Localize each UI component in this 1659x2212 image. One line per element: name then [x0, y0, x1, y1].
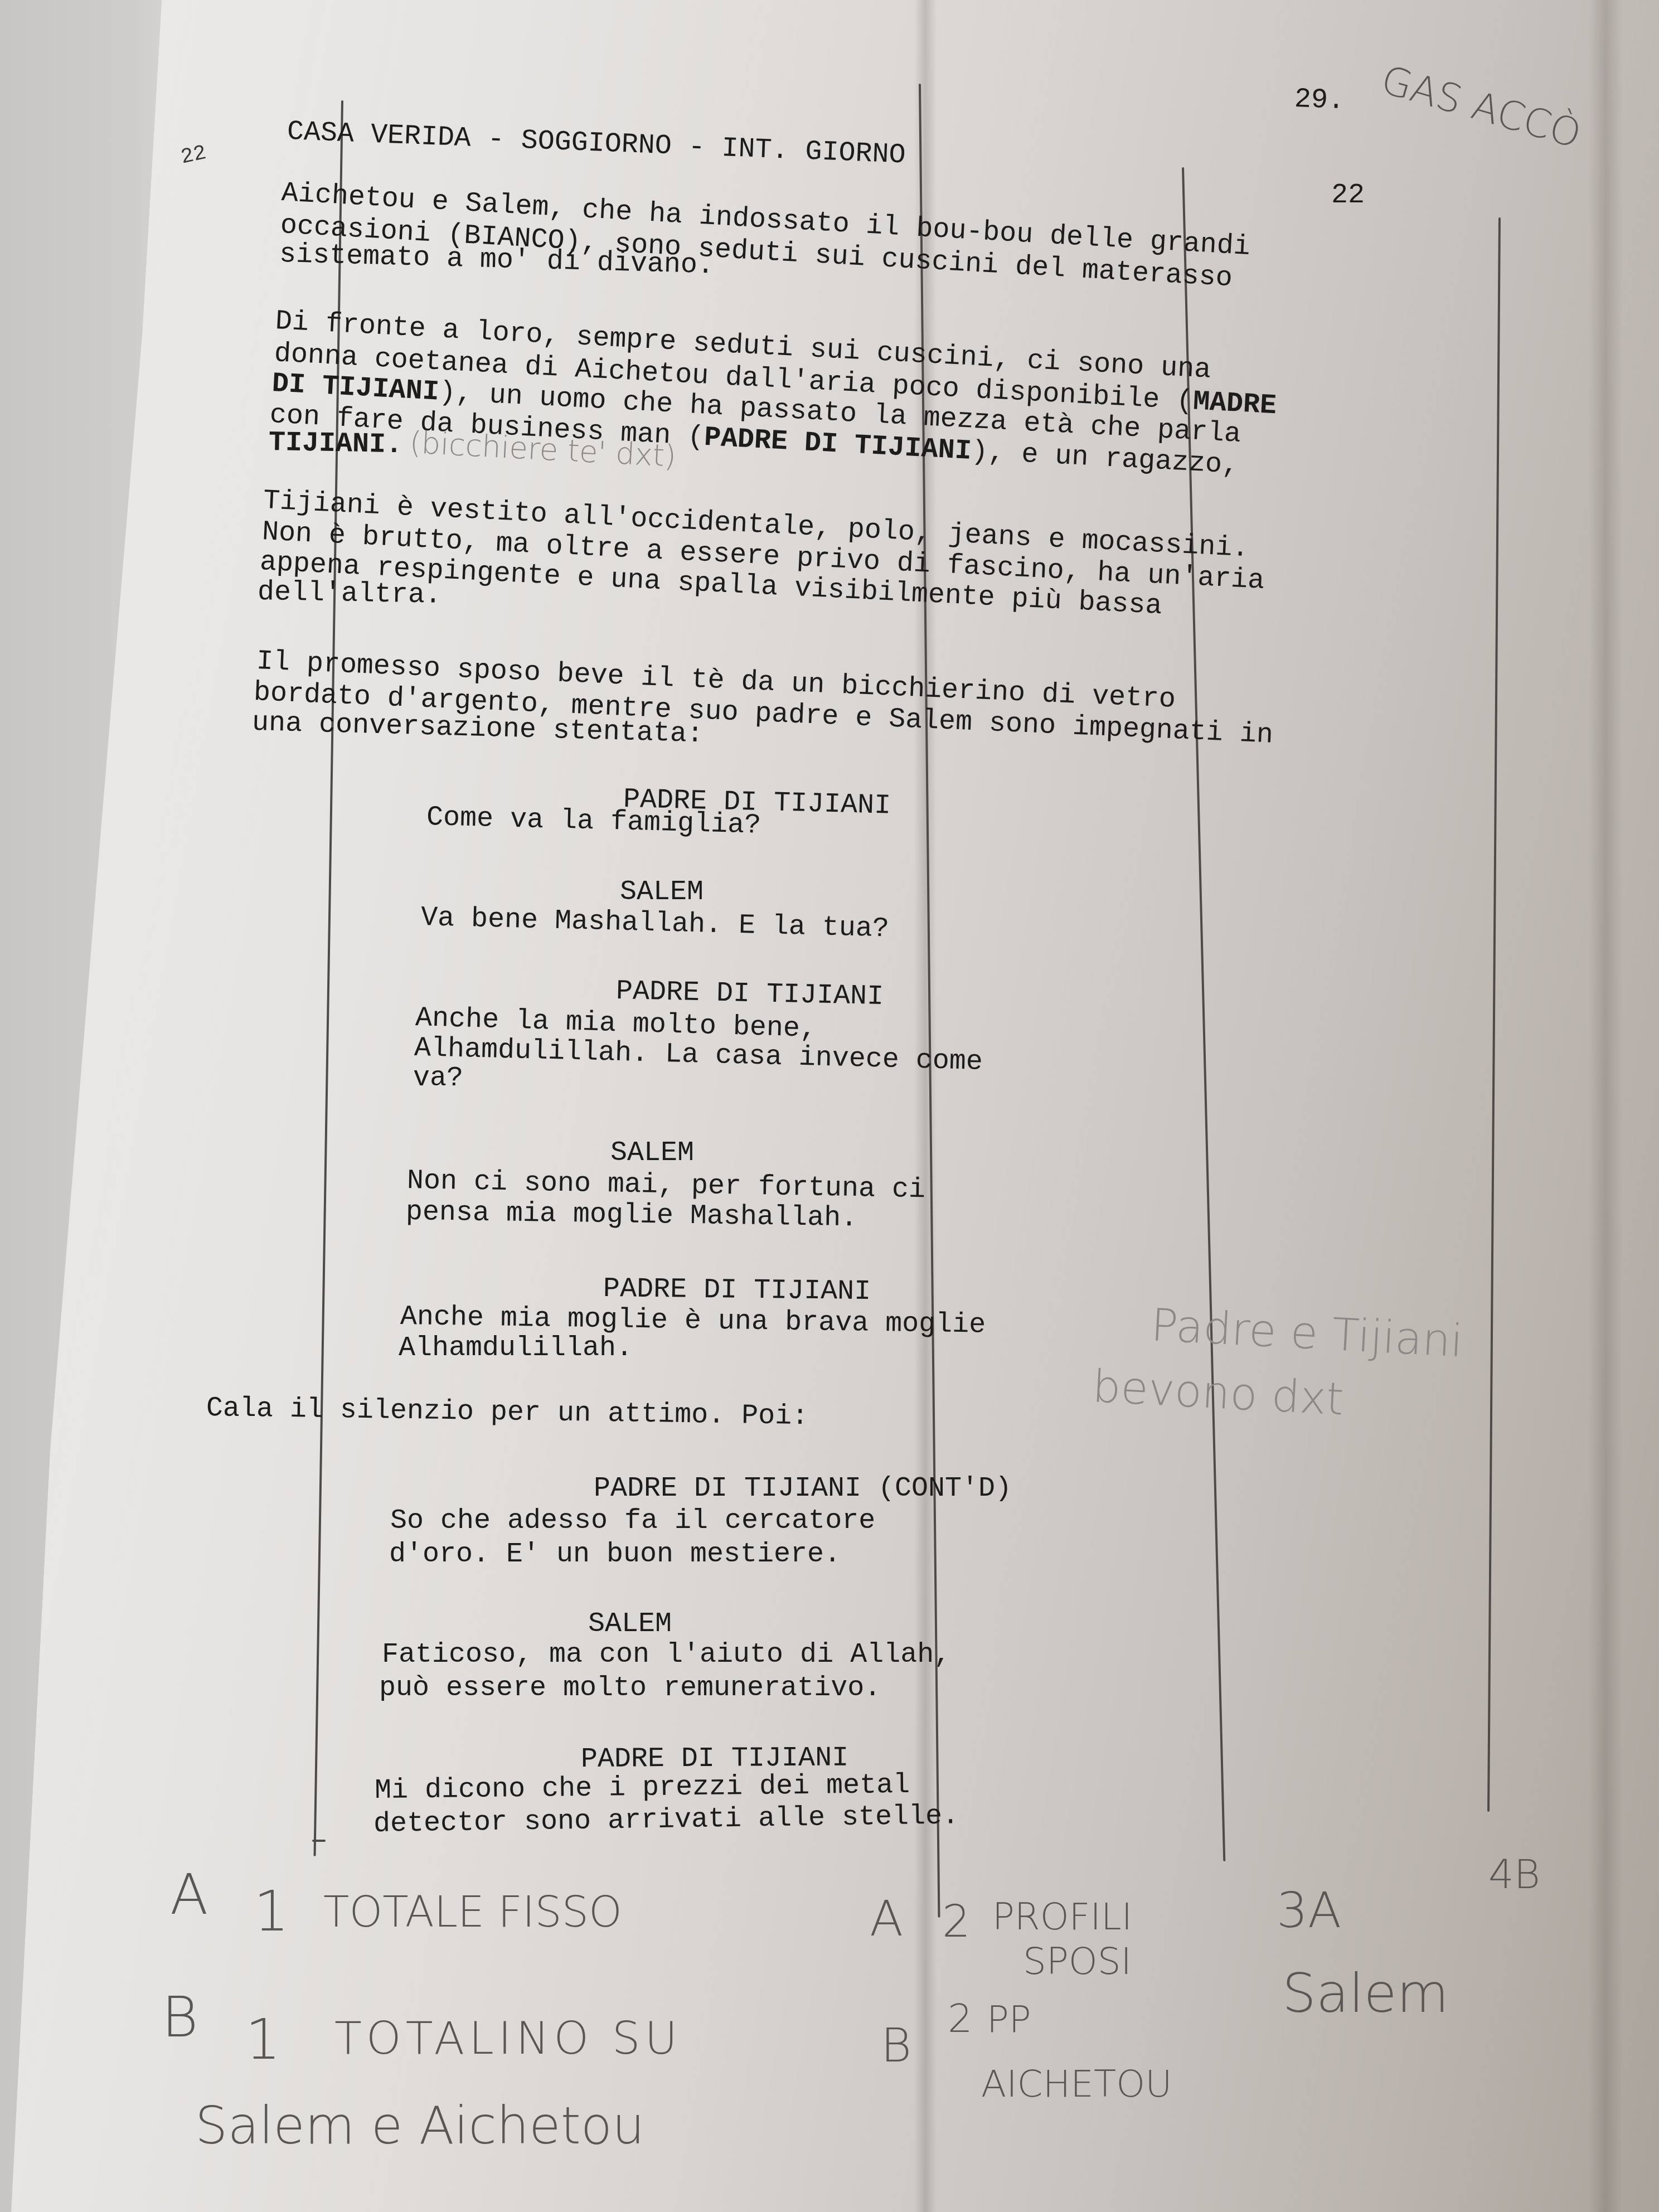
script-page [0, 0, 1659, 2212]
character-name: SALEM [588, 1608, 672, 1641]
shot-4b: 4B [1488, 1851, 1540, 1898]
page-number: 29. [1294, 84, 1345, 118]
dialogue-line: va? [413, 1063, 463, 1095]
coverage-line-1-end [312, 1840, 326, 1842]
character-name: PADRE DI TIJIANI [603, 1273, 871, 1308]
dialogue-line: Alhamdulillah. [399, 1332, 633, 1365]
character-name: SALEM [620, 876, 704, 909]
dialogue-line: Faticoso, ma con l'aiuto di Allah, [382, 1639, 950, 1671]
scene-number-right: 22 [1331, 180, 1365, 212]
dialogue-line: pensa mia moglie Mashallah. [406, 1196, 858, 1235]
dialogue-line: So che adesso fa il cercatore [390, 1505, 875, 1537]
page-edge-shadow [1589, 0, 1622, 2212]
character-name: PADRE DI TIJIANI (CONT'D) [594, 1473, 1012, 1505]
dialogue-line: d'oro. E' un buon mestiere. [389, 1539, 841, 1571]
character-name: PADRE DI TIJIANI [615, 976, 884, 1013]
character-name: SALEM [610, 1137, 694, 1170]
page-fold-shadow [914, 0, 937, 2212]
dialogue-line: può essere molto remunerativo. [379, 1672, 881, 1705]
